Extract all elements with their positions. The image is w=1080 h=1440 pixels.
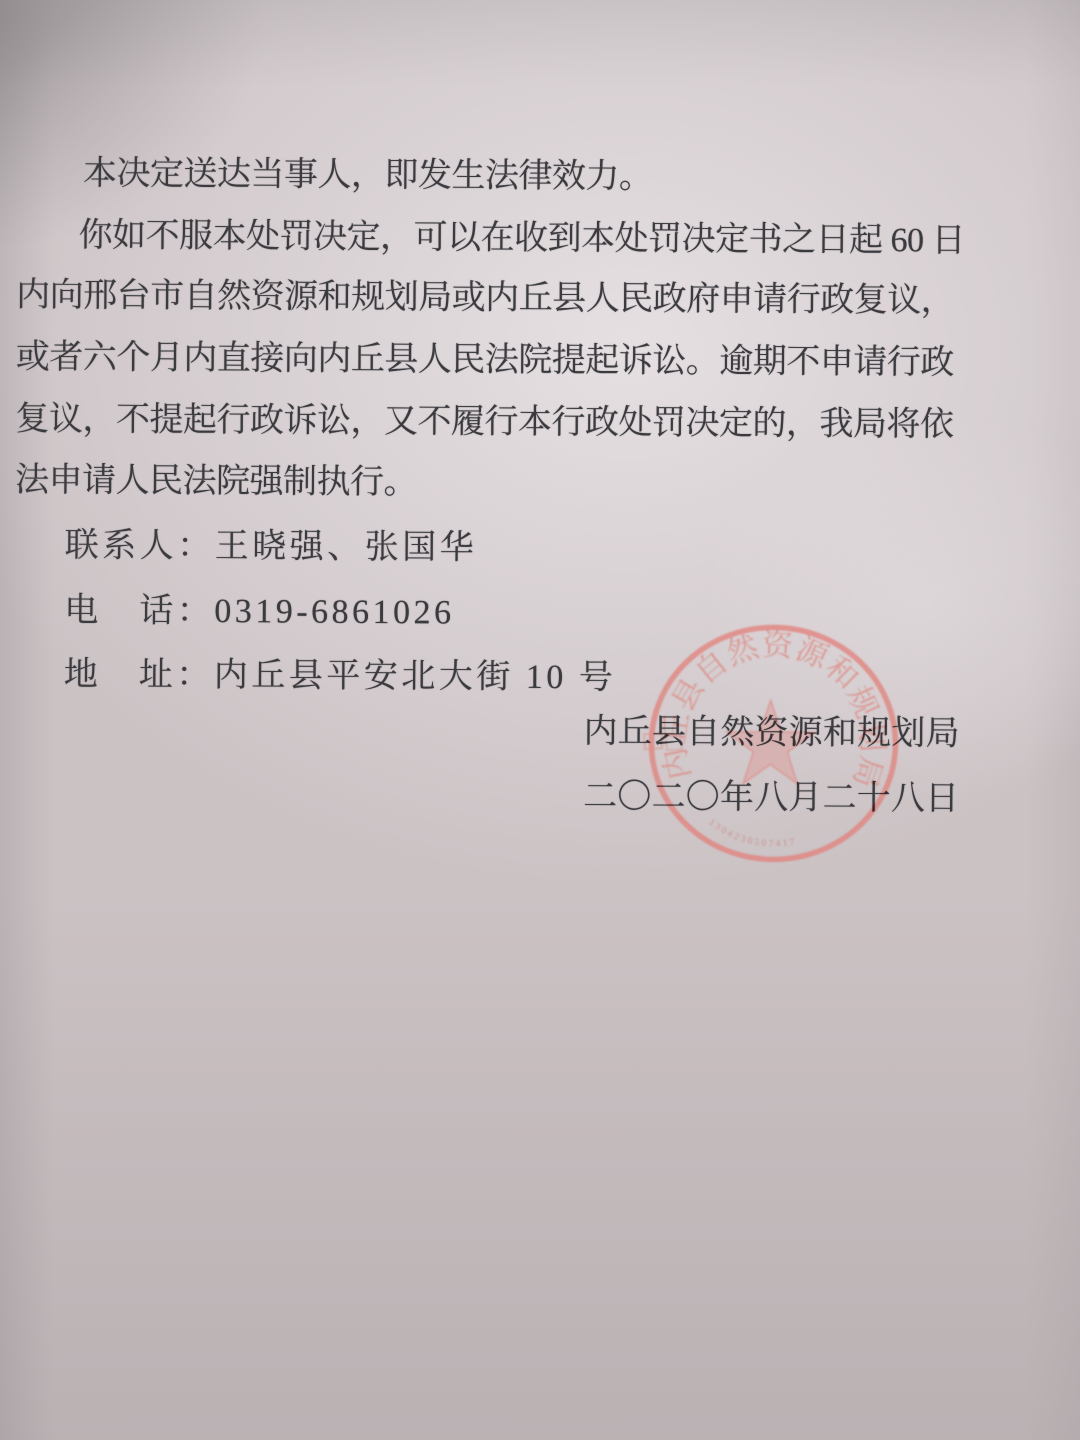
paragraph-appeal-line-5: 法申请人民法院强制执行。	[15, 452, 417, 503]
document-content: 本决定送达当事人，即发生法律效力。 你如不服本处罚决定，可以在收到本处罚决定书之…	[0, 0, 1080, 1440]
paragraph-appeal-line-1: 你如不服本处罚决定，可以在收到本处罚决定书之日起 60 日	[78, 207, 965, 261]
document-photo: 本决定送达当事人，即发生法律效力。 你如不服本处罚决定，可以在收到本处罚决定书之…	[0, 0, 1080, 1440]
official-seal-stamp: 内丘县自然资源和规划局 1304230507417	[564, 555, 986, 948]
paragraph-appeal-line-3: 或者六个月内直接向内丘县人民法院提起诉讼。逾期不申请行政	[16, 329, 954, 384]
paragraph-effectiveness: 本决定送达当事人，即发生法律效力。	[83, 145, 653, 197]
paragraph-appeal-line-4: 复议，不提起行政诉讼，又不履行本行政处罚决定的，我局将依	[15, 391, 953, 446]
paragraph-appeal-line-2: 内向邢台市自然资源和规划局或内丘县人民政府申请行政复议，	[16, 267, 954, 322]
contact-person-line: 联系人：王晓强、张国华	[65, 517, 478, 569]
contact-address-line: 地 址：内丘县平安北大街 10 号	[64, 646, 617, 698]
contact-phone-line: 电 话：0319-6861026	[64, 582, 455, 633]
